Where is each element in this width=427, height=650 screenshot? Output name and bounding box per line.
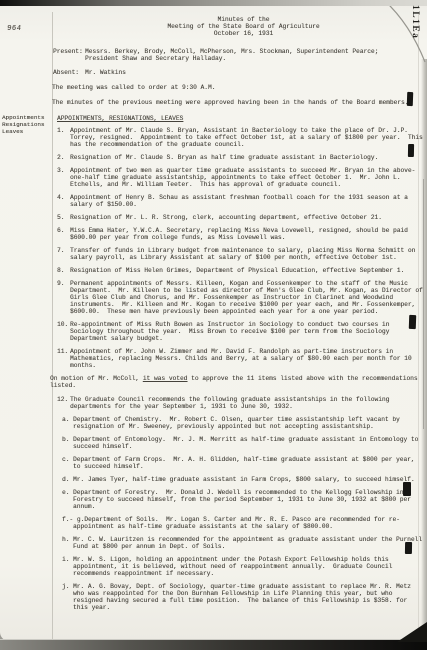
sub-item-c: c.Department of Farm Crops. Mr. A. H. Gl… (46, 456, 423, 470)
archive-stamp: 1L1Ea (410, 5, 420, 39)
item-text: Permanent appointments of Messrs. Killee… (70, 280, 426, 315)
sub-item-text: Mr. W. S. Ligon, holding an appointment … (73, 556, 396, 577)
binding-mark (403, 482, 411, 496)
sub-item-text: Department of Soils. Mr. Logan S. Carter… (73, 516, 400, 530)
binding-mark (407, 92, 413, 106)
binding-mark (405, 542, 412, 554)
list-item-9: 9.Permanent appointments of Messrs. Kill… (46, 280, 423, 315)
sub-item-text: Mr. James Tyer, half-time graduate assis… (73, 476, 415, 483)
section-heading: APPOINTMENTS, RESIGNATIONS, LEAVES (46, 115, 423, 122)
motion-prefix: On motion of Mr. McColl, (50, 375, 143, 382)
motion-voted-text: it was voted (143, 375, 188, 382)
sub-item-a: a.Department of Chemistry. Mr. Robert C.… (46, 416, 423, 430)
present-row: Present: Messrs. Berkey, Brody, McColl, … (46, 48, 423, 62)
sub-item-i: i.Mr. W. S. Ligon, holding an appointmen… (46, 556, 423, 577)
item-number: 4. (57, 194, 70, 201)
item-number: 11. (57, 348, 70, 355)
list-item-10: 10.Re-appointment of Miss Ruth Bowen as … (46, 321, 423, 342)
item-text: The Graduate Council recommends the foll… (70, 396, 393, 410)
numbered-items: 1.Appointment of Mr. Claude S. Bryan, As… (46, 127, 423, 369)
sub-item-letter: a. (62, 416, 73, 423)
item-text: Appointment of Henry B. Schau as assista… (70, 194, 412, 208)
item-text: Resignation of Mr. L. R. Strong, clerk, … (70, 214, 382, 221)
item-number: 2. (57, 154, 70, 161)
minutes-approved-paragraph: The minutes of the previous meeting were… (46, 99, 423, 106)
sub-item-d: d.Mr. James Tyer, half-time graduate ass… (46, 476, 423, 483)
page-edge-shadow (423, 179, 424, 429)
present-names: Messrs. Berkey, Brody, McColl, McPherson… (85, 48, 398, 62)
document-title: Minutes of the Meeting of the State Boar… (46, 16, 423, 37)
list-item-2: 2.Resignation of Mr. Claude S. Bryan as … (46, 154, 423, 161)
sub-item-text: Mr. C. W. Lauritzen is recommended for t… (73, 536, 426, 550)
absent-row: Absent: Mr. Watkins (46, 69, 423, 76)
sub-item-j: j.Mr. A. G. Bovay, Dept. of Sociology, q… (46, 583, 423, 611)
item-number: 5. (57, 214, 70, 221)
margin-note: Appointments Resignations Leaves (2, 114, 46, 135)
item-number: 9. (57, 280, 70, 287)
sub-item-letter: e. (62, 489, 73, 496)
sub-item-f-g: f.- g.Department of Soils. Mr. Logan S. … (46, 516, 423, 530)
item-number: 1. (57, 127, 70, 134)
item-number: 12. (57, 396, 70, 403)
item-text: Transfer of funds in Library budget from… (70, 247, 419, 261)
margin-note-line: Resignations (2, 121, 46, 128)
sub-item-letter: j. (62, 583, 73, 590)
title-line-2: Meeting of the State Board of Agricultur… (64, 23, 423, 30)
motion-paragraph: On motion of Mr. McColl, it was voted to… (46, 375, 423, 389)
item-text: Resignation of Miss Helen Grimes, Depart… (70, 267, 404, 274)
item-number: 6. (57, 227, 70, 234)
lettered-subitems: a.Department of Chemistry. Mr. Robert C.… (46, 416, 423, 611)
document-body: Minutes of the Meeting of the State Boar… (46, 16, 423, 617)
item-number: 7. (57, 247, 70, 254)
absent-names: Mr. Watkins (85, 69, 398, 76)
item-text: Appointment of Mr. John W. Zimmer and Mr… (70, 348, 415, 369)
list-item-6: 6.Miss Emma Hater, Y.W.C.A. Secretary, r… (46, 227, 423, 241)
scan-bottom-edge (0, 639, 427, 650)
item-text: Re-appointment of Miss Ruth Bowen as Ins… (70, 321, 393, 342)
list-item-8: 8.Resignation of Miss Helen Grimes, Depa… (46, 267, 423, 274)
sub-item-b: b.Department of Entomology. Mr. J. M. Me… (46, 436, 423, 450)
sub-item-letter: f.- g. (62, 516, 84, 523)
page-number: 964 (7, 25, 22, 33)
margin-note-line: Leaves (2, 128, 46, 135)
title-line-1: Minutes of the (64, 16, 423, 23)
binding-mark (408, 144, 414, 157)
sub-item-text: Department of Entomology. Mr. J. M. Merr… (73, 436, 422, 450)
item-text: Miss Emma Hater, Y.W.C.A. Secretary, rep… (70, 227, 412, 241)
list-item-1: 1.Appointment of Mr. Claude S. Bryan, As… (46, 127, 423, 148)
sub-item-text: Department of Farm Crops. Mr. A. H. Glid… (73, 456, 418, 470)
absent-label: Absent: (53, 69, 85, 76)
sub-item-letter: b. (62, 436, 73, 443)
sub-item-letter: c. (62, 456, 73, 463)
scan-top-edge (0, 0, 427, 6)
list-item-4: 4.Appointment of Henry B. Schau as assis… (46, 194, 423, 208)
sub-item-h: h.Mr. C. W. Lauritzen is recommended for… (46, 536, 423, 550)
title-line-3: October 16, 1931 (64, 30, 423, 37)
sub-item-e: e.Department of Forestry. Mr. Donald J. … (46, 489, 423, 510)
item-text: Appointment of two men as quarter time g… (70, 167, 415, 188)
binding-mark (409, 315, 416, 329)
present-label: Present: (53, 48, 85, 62)
sub-item-text: Department of Forestry. Mr. Donald J. We… (73, 489, 415, 510)
called-to-order-paragraph: The meeting was called to order at 9:30 … (46, 84, 423, 91)
item-number: 8. (57, 267, 70, 274)
item-text: Resignation of Mr. Claude S. Bryan as ha… (70, 154, 378, 161)
item-text: Appointment of Mr. Claude S. Bryan, Assi… (70, 127, 426, 148)
sub-item-text: Mr. A. G. Bovay, Dept. of Sociology, qua… (73, 583, 415, 611)
item-number: 10. (57, 321, 70, 328)
list-item-7: 7.Transfer of funds in Library budget fr… (46, 247, 423, 261)
sub-item-letter: h. (62, 536, 73, 543)
list-item-3: 3.Appointment of two men as quarter time… (46, 167, 423, 188)
sub-item-letter: i. (62, 556, 73, 563)
list-item-11: 11.Appointment of Mr. John W. Zimmer and… (46, 348, 423, 369)
sub-item-letter: d. (62, 476, 73, 483)
margin-note-line: Appointments (2, 114, 46, 121)
list-item-12: 12.The Graduate Council recommends the f… (46, 396, 423, 410)
sub-item-text: Department of Chemistry. Mr. Robert C. O… (73, 416, 403, 430)
list-item-5: 5.Resignation of Mr. L. R. Strong, clerk… (46, 214, 423, 221)
item-number: 3. (57, 167, 70, 174)
